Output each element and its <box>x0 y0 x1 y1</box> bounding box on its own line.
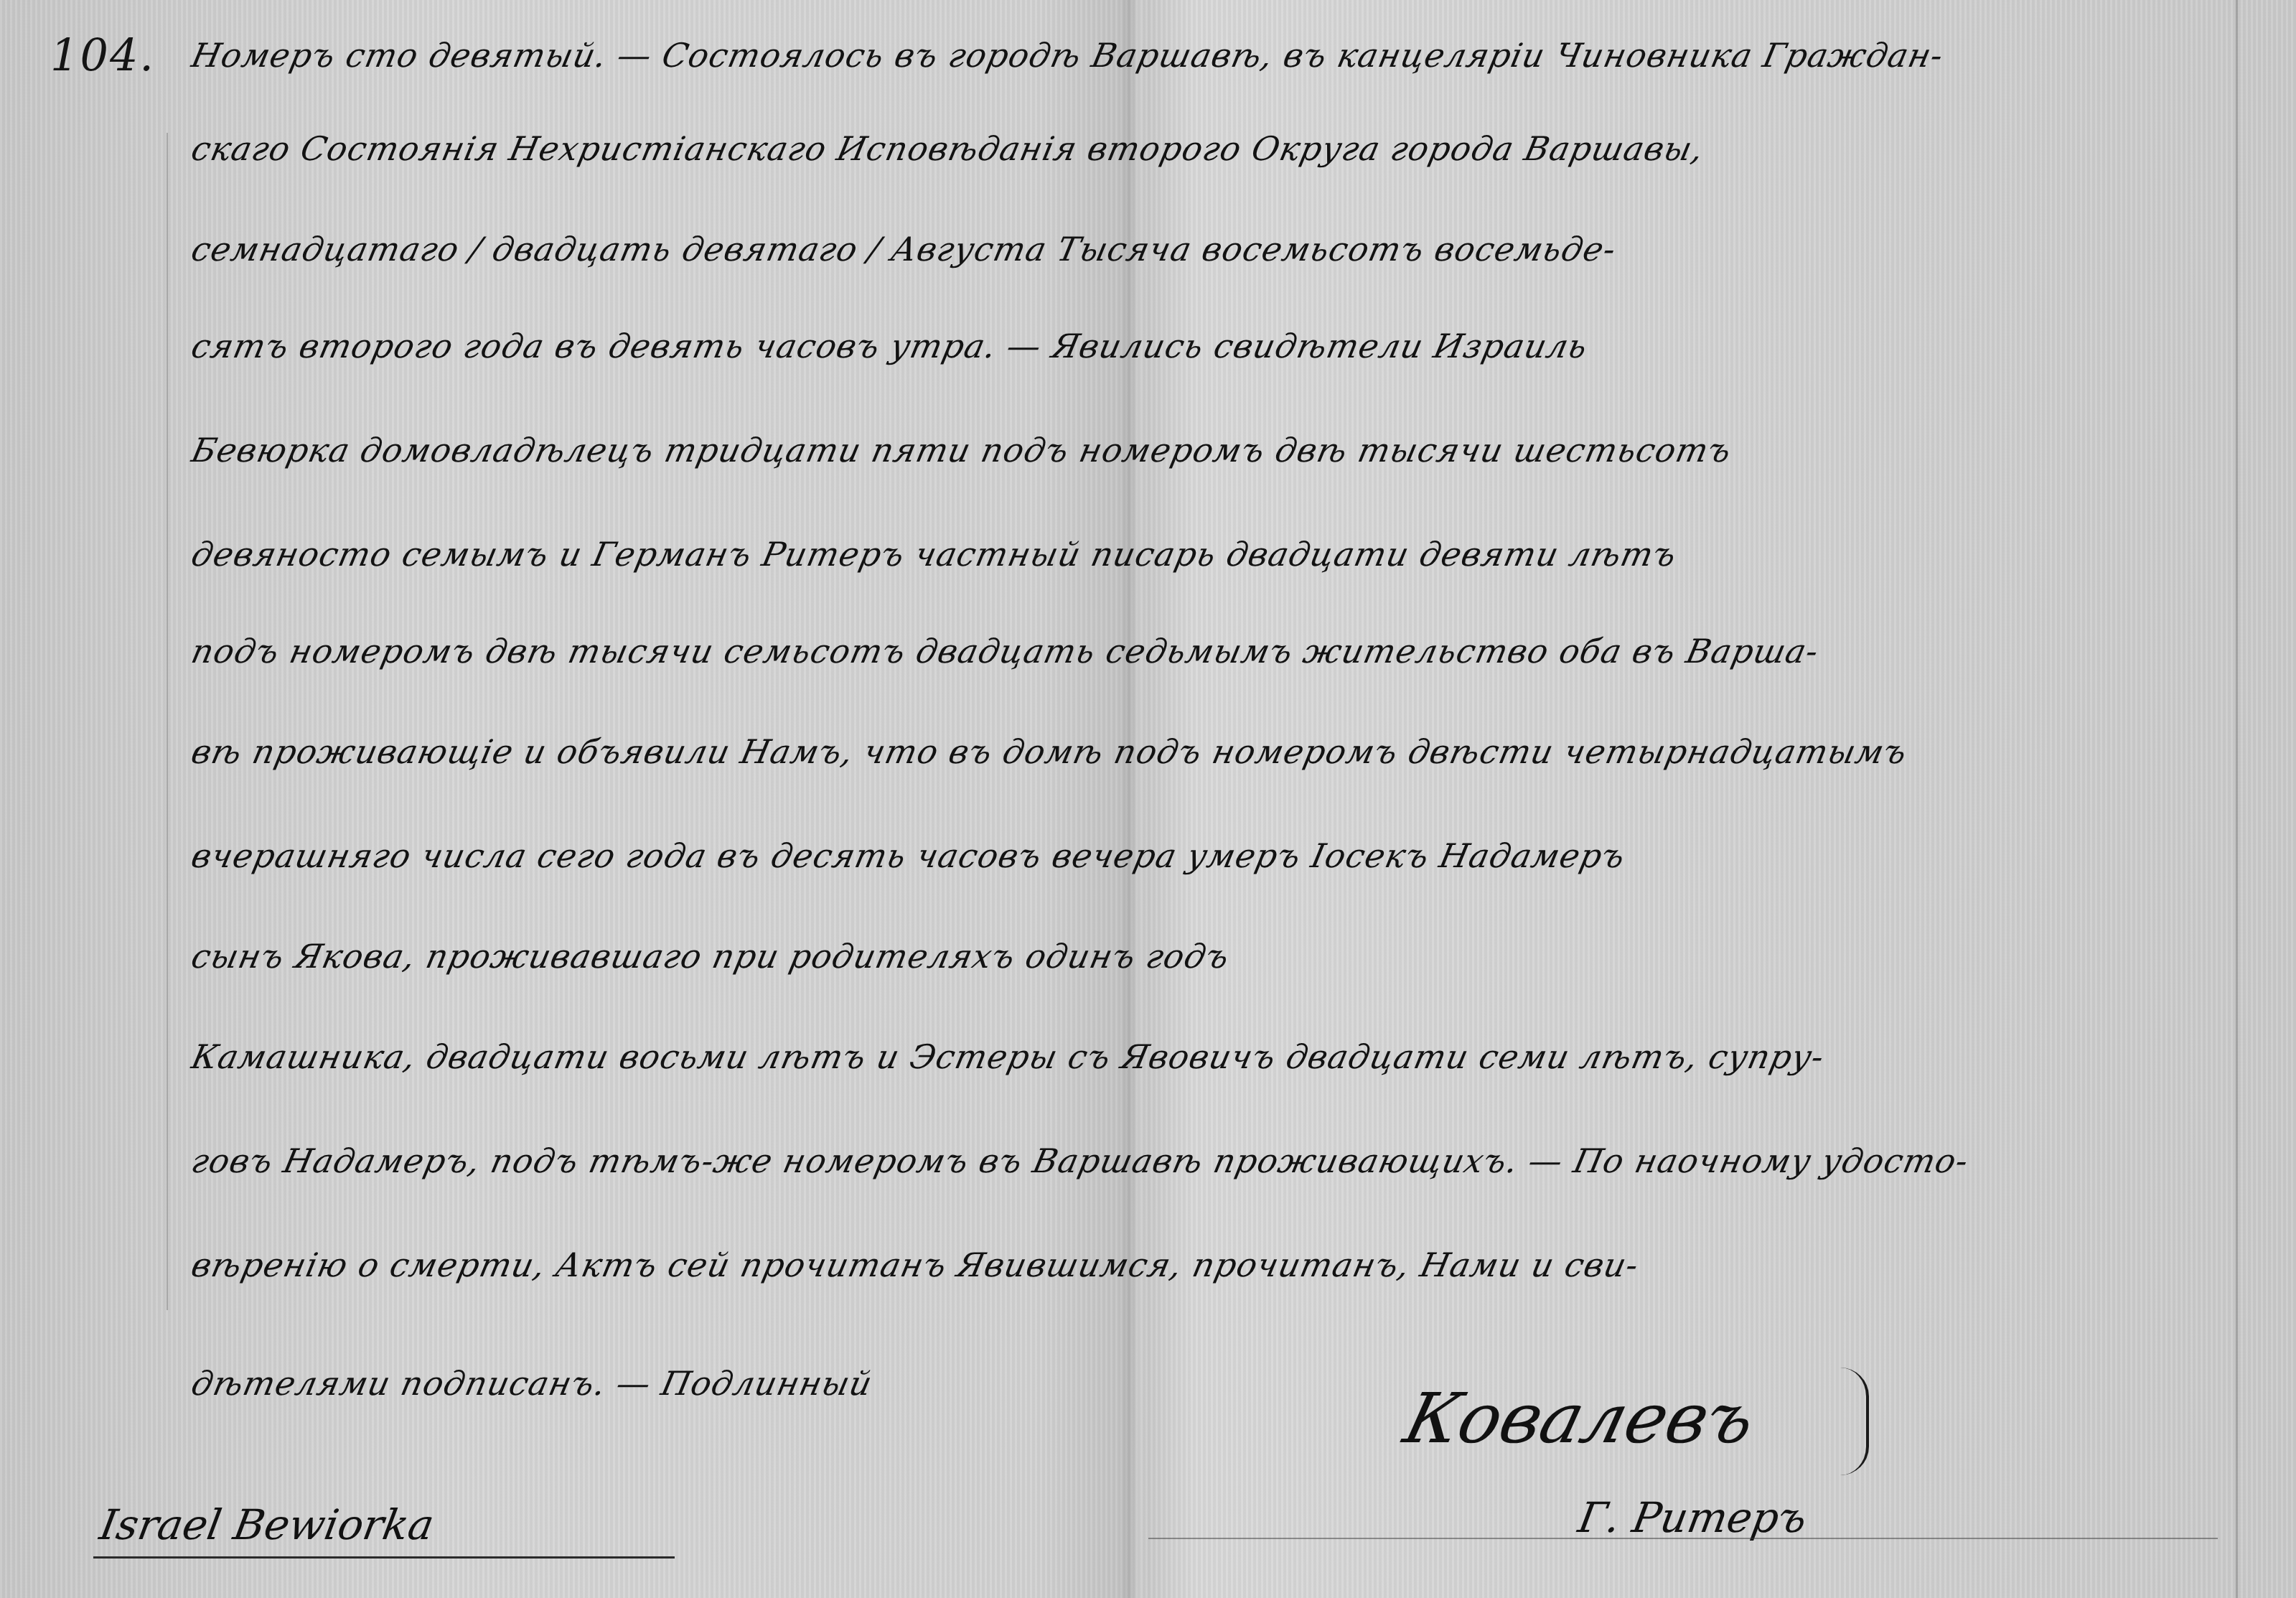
text-line-3: семнадцатаго / двадцать девятаго / Авгус… <box>188 230 2234 268</box>
text-line-2: скаго Состоянія Нехристіанскаго Исповѣда… <box>188 129 2234 168</box>
text-line-5: Бевюрка домовладѣлецъ тридцати пяти подъ… <box>188 431 2234 469</box>
signature-underline <box>93 1556 675 1559</box>
margin-rule <box>167 133 168 1310</box>
text-line-14: дѣтелями подписанъ. — Подлинный <box>188 1364 1344 1403</box>
text-line-13: вѣренію о смерти, Актъ сей прочитанъ Яви… <box>188 1246 2234 1284</box>
text-line-6: девяносто семымъ и Германъ Ритеръ частны… <box>188 535 2234 574</box>
document-page: 104. Номеръ сто девятый. — Состоялось въ… <box>0 0 2296 1598</box>
page-edge <box>2236 0 2238 1598</box>
text-line-4: сятъ второго года въ девять часовъ утра.… <box>188 327 2234 365</box>
witness-signature-2: Г. Ритеръ <box>1575 1493 1811 1542</box>
text-line-10: сынъ Якова, проживавшаго при родителяхъ … <box>188 937 2234 976</box>
page-ruling <box>1148 1538 2218 1539</box>
witness-signature-1: Israel Bewiorka <box>96 1500 438 1549</box>
official-signature: Ковалевъ <box>1397 1378 1763 1459</box>
text-line-9: вчерашняго числа сего года въ десять час… <box>188 836 2234 875</box>
text-line-1: Номеръ сто девятый. — Состоялось въ горо… <box>188 36 2234 75</box>
record-number: 104. <box>50 29 155 81</box>
text-line-7: подъ номеромъ двѣ тысячи семьсотъ двадца… <box>188 632 2234 670</box>
signature-flourish <box>1830 1368 1869 1475</box>
text-line-11: Камашника, двадцати восьми лѣтъ и Эстеры… <box>188 1037 2234 1076</box>
text-line-8: вѣ проживающіе и объявили Намъ, что въ д… <box>188 732 2234 771</box>
text-line-12: говъ Надамеръ, подъ тѣмъ-же номеромъ въ … <box>188 1141 2234 1180</box>
